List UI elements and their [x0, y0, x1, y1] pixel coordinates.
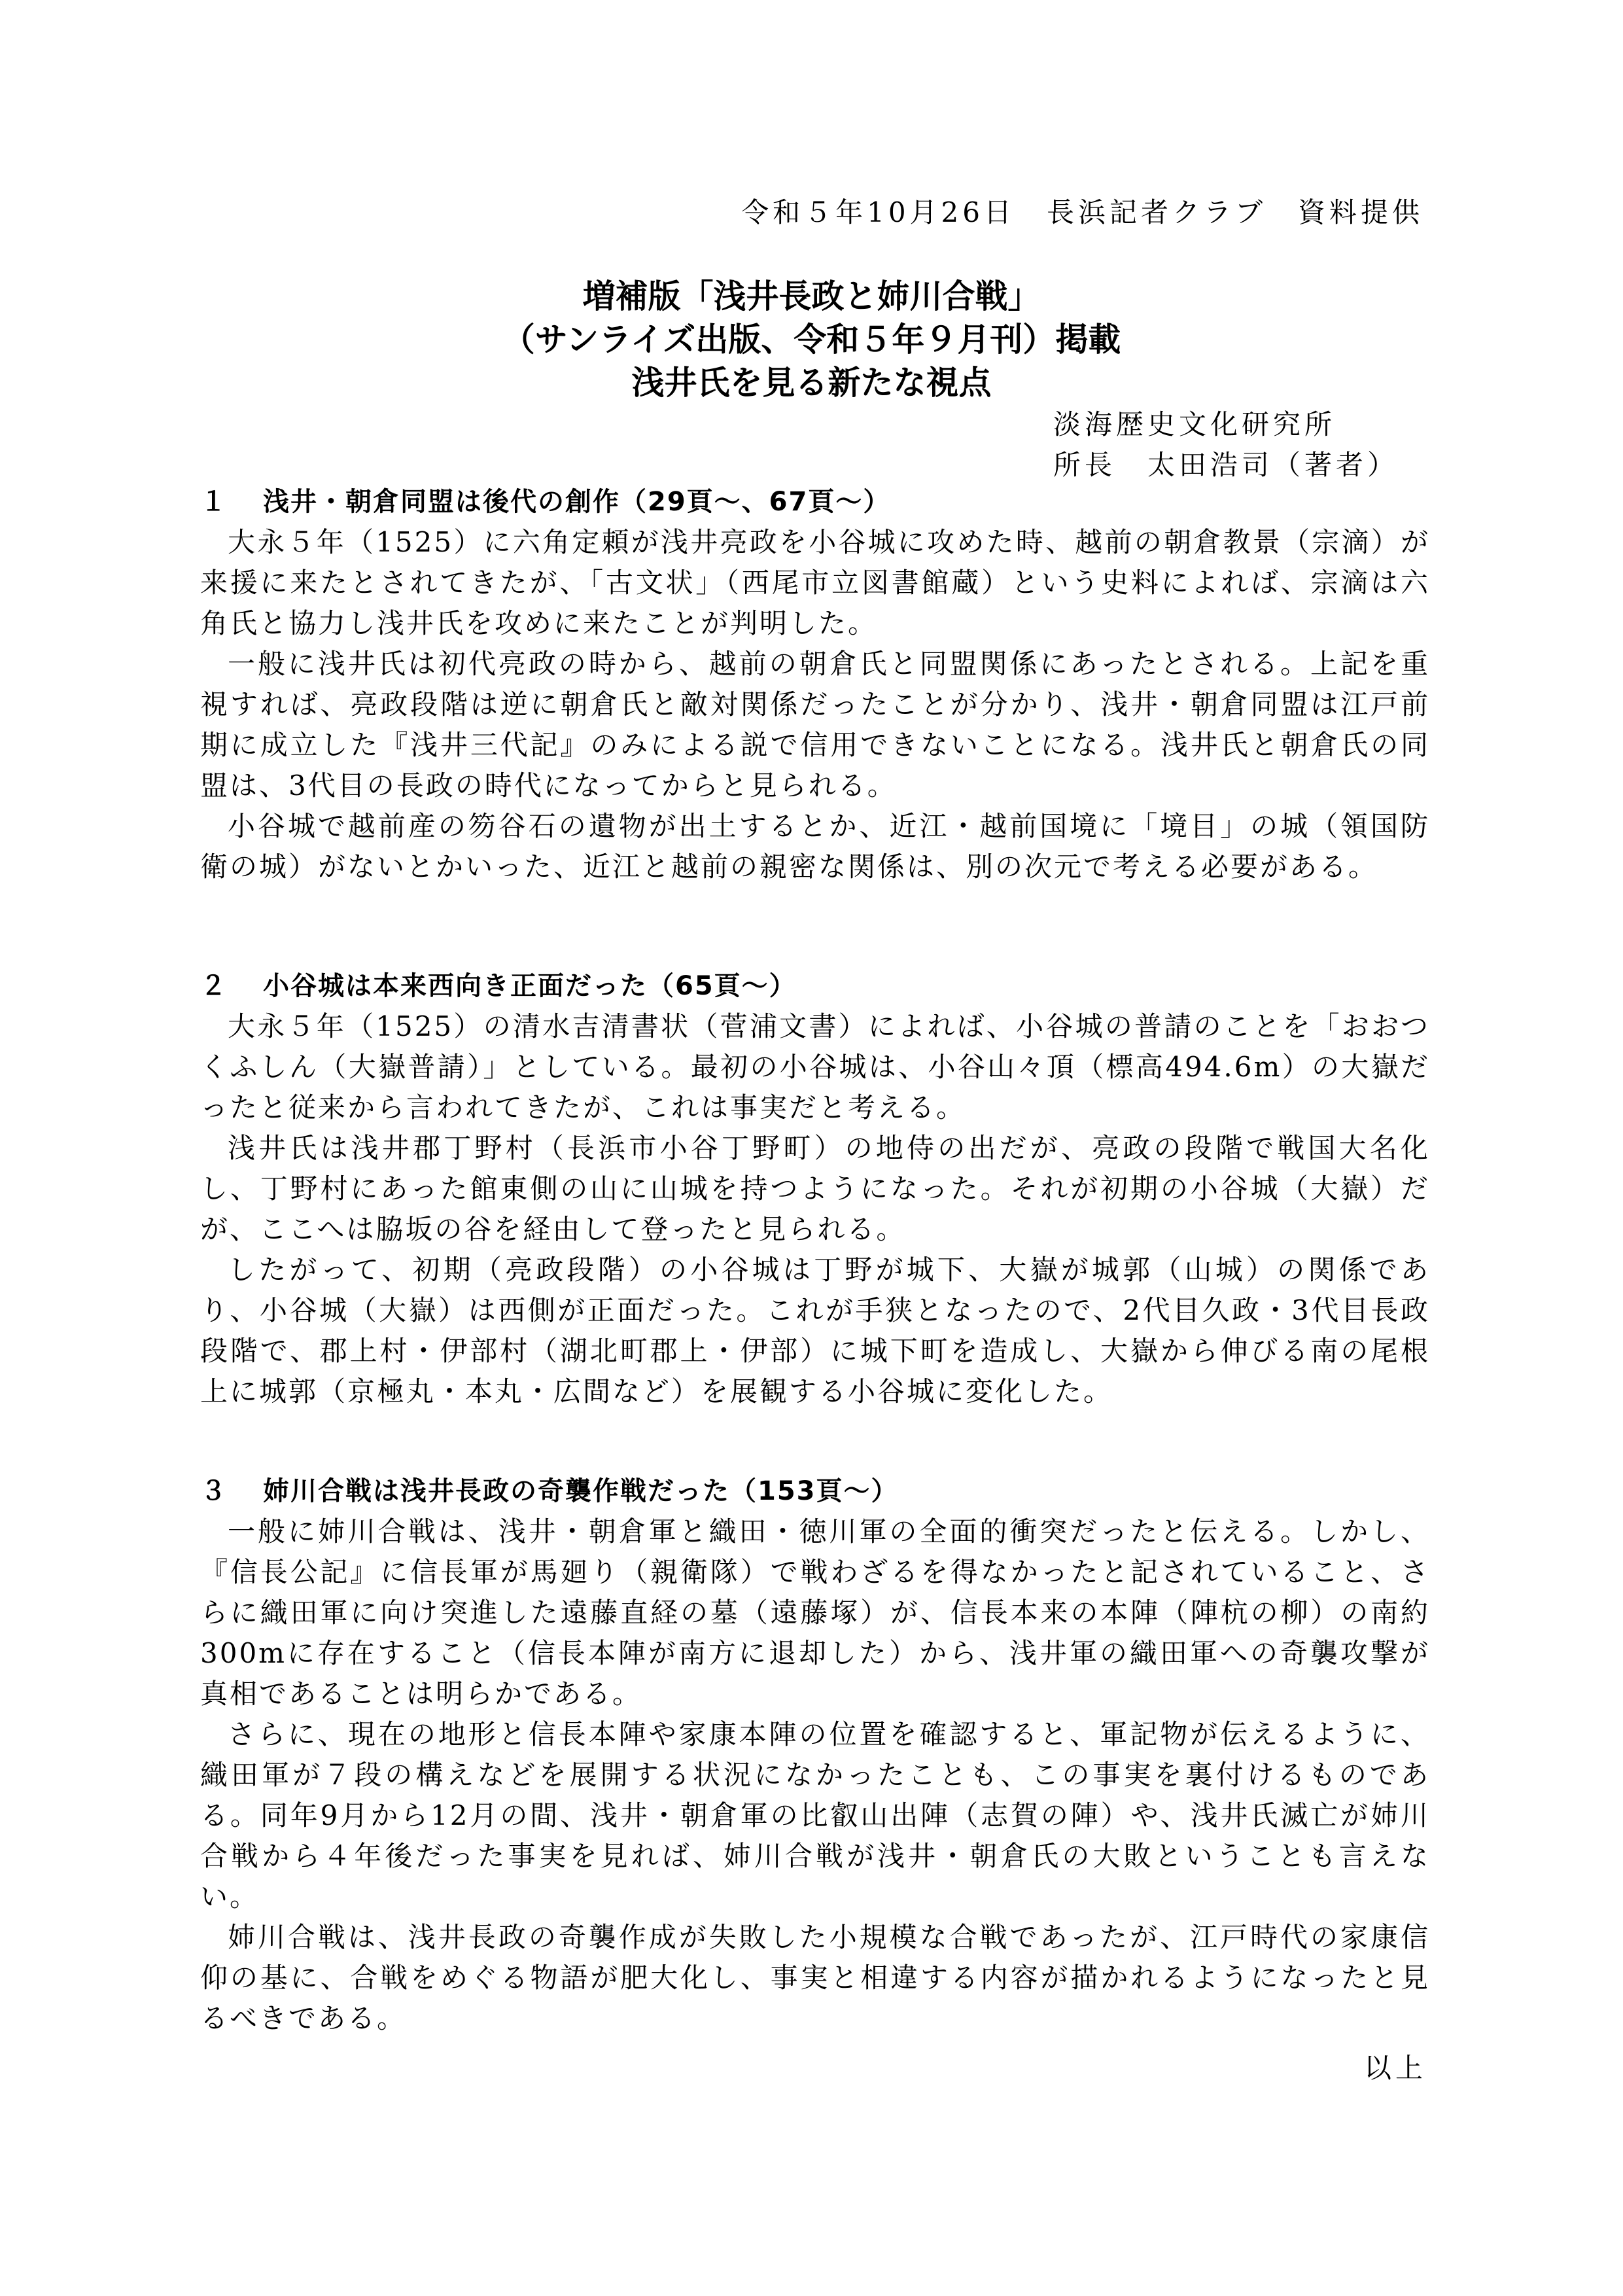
paragraph: 姉川合戦は、浅井長政の奇襲作成が失敗した小規模な合戦であったが、江戸時代の家康信…	[200, 1917, 1430, 2039]
section-number: １	[200, 482, 263, 522]
author-organization: 淡海歴史文化研究所	[1053, 404, 1399, 445]
title-line-2: （サンライズ出版、令和５年９月刊）掲載	[0, 318, 1623, 361]
document-title: 増補版「浅井長政と姉川合戦」 （サンライズ出版、令和５年９月刊）掲載 浅井氏を見…	[0, 275, 1623, 404]
paragraph: 一般に姉川合戦は、浅井・朝倉軍と織田・徳川軍の全面的衝突だったと伝える。しかし、…	[200, 1511, 1430, 1714]
title-line-1: 増補版「浅井長政と姉川合戦」	[0, 275, 1623, 318]
section-title: 小谷城は本来西向き正面だった（65頁～）	[263, 971, 797, 1001]
paragraph: 一般に浅井氏は初代亮政の時から、越前の朝倉氏と同盟関係にあったとされる。上記を重…	[200, 644, 1430, 806]
paragraph: 浅井氏は浅井郡丁野村（長浜市小谷丁野町）の地侍の出だが、亮政の段階で戦国大名化し…	[200, 1128, 1430, 1250]
section-heading: ３姉川合戦は浅井長政の奇襲作戦だった（153頁～）	[200, 1471, 1430, 1511]
paragraph: 大永５年（1525）の清水吉清書状（菅浦文書）によれば、小谷城の普請のことを「お…	[200, 1006, 1430, 1128]
section-2: ２小谷城は本来西向き正面だった（65頁～） 大永５年（1525）の清水吉清書状（…	[200, 966, 1430, 1412]
author-name: 所長 太田浩司（著者）	[1053, 445, 1399, 486]
paragraph: 大永５年（1525）に六角定頼が浅井亮政を小谷城に攻めた時、越前の朝倉教景（宗滴…	[200, 522, 1430, 644]
section-number: ２	[200, 966, 263, 1006]
section-heading: １浅井・朝倉同盟は後代の創作（29頁～、67頁～）	[200, 482, 1430, 522]
author-block: 淡海歴史文化研究所 所長 太田浩司（著者）	[1053, 404, 1399, 486]
section-title: 姉川合戦は浅井長政の奇襲作戦だった（153頁～）	[263, 1476, 899, 1506]
title-line-3: 浅井氏を見る新たな視点	[0, 361, 1623, 404]
paragraph: 小谷城で越前産の笏谷石の遺物が出土するとか、近江・越前国境に「境目」の城（領国防…	[200, 806, 1430, 887]
document-page: 令和５年10月26日 長浜記者クラブ 資料提供 増補版「浅井長政と姉川合戦」 （…	[0, 0, 1623, 2296]
press-release-dateline: 令和５年10月26日 長浜記者クラブ 資料提供	[741, 191, 1423, 230]
paragraph: さらに、現在の地形と信長本陣や家康本陣の位置を確認すると、軍記物が伝えるように、…	[200, 1714, 1430, 1917]
section-number: ３	[200, 1471, 263, 1511]
closing-mark: 以上	[1364, 2047, 1427, 2086]
section-1: １浅井・朝倉同盟は後代の創作（29頁～、67頁～） 大永５年（1525）に六角定…	[200, 482, 1430, 887]
section-title: 浅井・朝倉同盟は後代の創作（29頁～、67頁～）	[263, 487, 890, 517]
section-heading: ２小谷城は本来西向き正面だった（65頁～）	[200, 966, 1430, 1006]
paragraph: したがって、初期（亮政段階）の小谷城は丁野が城下、大嶽が城郭（山城）の関係であり…	[200, 1250, 1430, 1412]
section-3: ３姉川合戦は浅井長政の奇襲作戦だった（153頁～） 一般に姉川合戦は、浅井・朝倉…	[200, 1471, 1430, 2039]
